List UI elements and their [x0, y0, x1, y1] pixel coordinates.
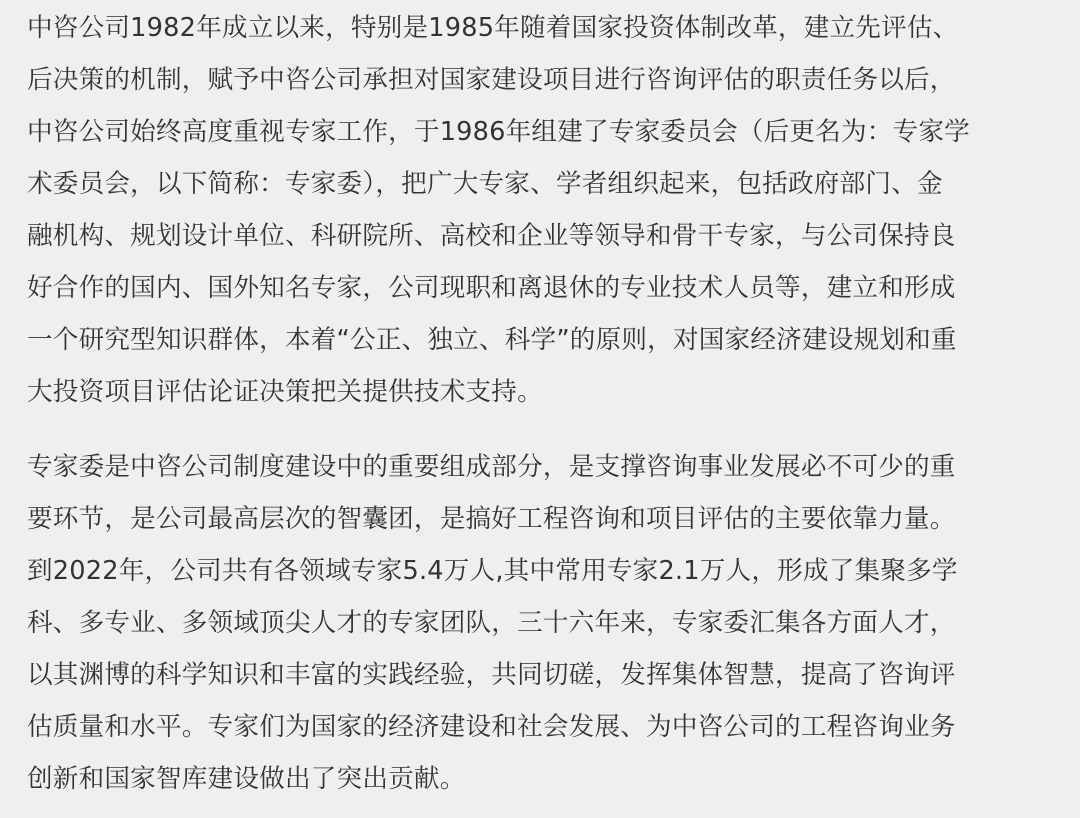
- paragraph-1-line-6: 好合作的国内、国外知名专家，公司现职和离退休的专业技术人员等，建立和形成: [27, 262, 1053, 314]
- paragraph-2-line-1: 专家委是中咨公司制度建设中的重要组成部分，是支撑咨询事业发展必不可少的重: [27, 441, 1053, 493]
- paragraph-1-line-7: 一个研究型知识群体，本着“公正、独立、科学”的原则，对国家经济建设规划和重: [27, 314, 1053, 366]
- paragraph-2: 专家委是中咨公司制度建设中的重要组成部分，是支撑咨询事业发展必不可少的重 要环节…: [27, 441, 1053, 805]
- paragraph-2-line-2: 要环节，是公司最高层次的智囊团，是搞好工程咨询和项目评估的主要依靠力量。: [27, 493, 1053, 545]
- article-body: 中咨公司1982年成立以来，特别是1985年随着国家投资体制改革，建立先评估、 …: [0, 0, 1080, 805]
- paragraph-2-line-4: 科、多专业、多领域顶尖人才的专家团队，三十六年来，专家委汇集各方面人才，: [27, 597, 1053, 649]
- paragraph-1-line-5: 融机构、规划设计单位、科研院所、高校和企业等领导和骨干专家，与公司保持良: [27, 210, 1053, 262]
- paragraph-1-line-2: 后决策的机制，赋予中咨公司承担对国家建设项目进行咨询评估的职责任务以后，: [27, 54, 1053, 106]
- paragraph-1-line-4: 术委员会，以下简称：专家委），把广大专家、学者组织起来，包括政府部门、金: [27, 158, 1053, 210]
- paragraph-1: 中咨公司1982年成立以来，特别是1985年随着国家投资体制改革，建立先评估、 …: [27, 2, 1053, 418]
- paragraph-2-line-5: 以其渊博的科学知识和丰富的实践经验，共同切磋，发挥集体智慧，提高了咨询评: [27, 649, 1053, 701]
- paragraph-2-line-7: 创新和国家智库建设做出了突出贡献。: [27, 753, 1053, 805]
- paragraph-1-line-8: 大投资项目评估论证决策把关提供技术支持。: [27, 366, 1053, 418]
- paragraph-2-line-6: 估质量和水平。专家们为国家的经济建设和社会发展、为中咨公司的工程咨询业务: [27, 701, 1053, 753]
- paragraph-1-line-1: 中咨公司1982年成立以来，特别是1985年随着国家投资体制改革，建立先评估、: [27, 2, 1053, 54]
- paragraph-1-line-3: 中咨公司始终高度重视专家工作，于1986年组建了专家委员会（后更名为：专家学: [27, 106, 1053, 158]
- paragraph-2-line-3: 到2022年，公司共有各领域专家5.4万人,其中常用专家2.1万人，形成了集聚多…: [27, 545, 1053, 597]
